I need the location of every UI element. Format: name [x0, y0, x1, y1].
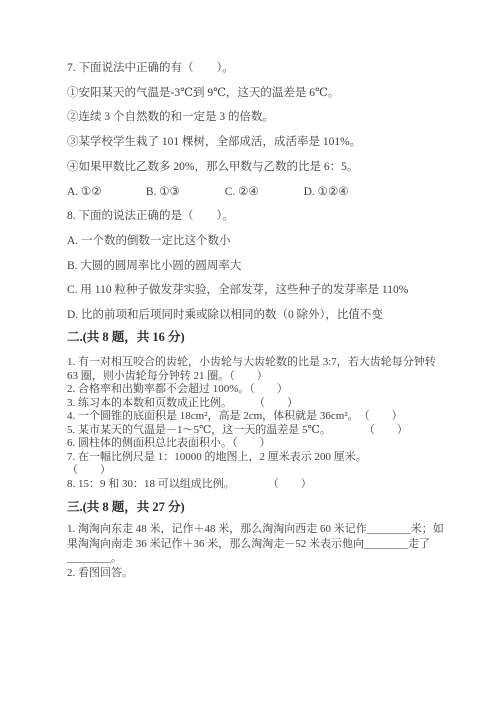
section-2-line: 63 圈，则小齿轮每分钟转 21 圈。（ ） [67, 370, 452, 384]
section-2-title: 二.(共 8 题，共 16 分) [67, 330, 185, 344]
section-2-line: 1. 有一对相互咬合的齿轮，小齿轮与大齿轮数的比是 3:7，若大齿轮每分钟转 [67, 356, 452, 370]
question-8-option: D. 比的前项和后项同时乘或除以相同的数（0 除外），比值不变 [67, 303, 445, 328]
question-8-stem: 8. 下面的说法正确的是（ ）。 [67, 204, 445, 229]
question-8-option: C. 用 110 粒种子做发芽实验，全部发芽，这些种子的发芽率是 110% [67, 278, 445, 303]
exam-page: 7. 下面说法中正确的有（ ）。 ①安阳某天的气温是-3℃到 9℃，这天的温差是… [0, 0, 500, 707]
question-7-statement: ①安阳某天的气温是-3℃到 9℃，这天的温差是 6℃。 [67, 81, 445, 106]
section-3-line: 1. 淘淘向东走 48 米，记作＋48 米，那么淘淘向西走 60 米记作____… [67, 522, 452, 537]
section-2-line: 6. 圆柱体的侧面积总比表面积小。（ ） [67, 437, 452, 451]
section-3-title: 三.(共 8 题，共 27 分) [67, 500, 185, 514]
question-7-options-row: A. ①② B. ①③ C. ②④ D. ①②④ [67, 180, 445, 205]
question-7-option-d: D. ①②④ [304, 180, 380, 205]
section-3-line: ________。 [67, 551, 452, 566]
section-2-line: 7. 在一幅比例尺是 1：10000 的地图上，2 厘米表示 200 厘米。 [67, 451, 452, 465]
multiple-choice-block: 7. 下面说法中正确的有（ ）。 ①安阳某天的气温是-3℃到 9℃，这天的温差是… [67, 56, 445, 328]
section-2-line: 3. 练习本的本数和页数成正比例。 （ ） [67, 397, 452, 411]
section-2-line: 5. 某市某天的气温是－1～5℃，这一天的温差是 5℃。 （ ） [67, 424, 452, 438]
question-8-options: A. 一个数的倒数一定比这个数小B. 大圆的圆周率比小圆的圆周率大C. 用 11… [67, 229, 445, 328]
section-2-line: 2. 合格率和出勤率都不会超过 100%。（ ） [67, 383, 452, 397]
question-7-statement: ②连续 3 个自然数的和一定是 3 的倍数。 [67, 105, 445, 130]
section-2-line: （ ） [67, 464, 452, 478]
question-8-option: A. 一个数的倒数一定比这个数小 [67, 229, 445, 254]
question-7-statement: ③某学校学生栽了 101 棵树，全部成活，成活率是 101%。 [67, 130, 445, 155]
question-7-option-c: C. ②④ [225, 180, 301, 205]
section-3-items: 1. 淘淘向东走 48 米，记作＋48 米，那么淘淘向西走 60 米记作____… [67, 522, 452, 580]
section-2-line: 8. 15：9 和 30：18 可以组成比例。 （ ） [67, 478, 452, 492]
question-8-option: B. 大圆的圆周率比小圆的圆周率大 [67, 254, 445, 279]
question-7-option-a: A. ①② [67, 180, 143, 205]
section-3-line: 2. 看图回答。 [67, 566, 452, 581]
question-7-stem: 7. 下面说法中正确的有（ ）。 [67, 56, 445, 81]
question-7-option-b: B. ①③ [146, 180, 222, 205]
section-2-items: 1. 有一对相互咬合的齿轮，小齿轮与大齿轮数的比是 3:7，若大齿轮每分钟转63… [67, 356, 452, 491]
question-7-statement: ④如果甲数比乙数多 20%，那么甲数与乙数的比是 6：5。 [67, 155, 445, 180]
section-3-line: 果淘淘向南走 36 米记作＋36 米，那么淘淘走－52 米表示他向_______… [67, 537, 452, 552]
section-2-line: 4. 一个圆锥的底面积是 18cm²，高是 2cm，体积就是 36cm²。 （ … [67, 410, 452, 424]
question-7-statements: ①安阳某天的气温是-3℃到 9℃，这天的温差是 6℃。②连续 3 个自然数的和一… [67, 81, 445, 180]
